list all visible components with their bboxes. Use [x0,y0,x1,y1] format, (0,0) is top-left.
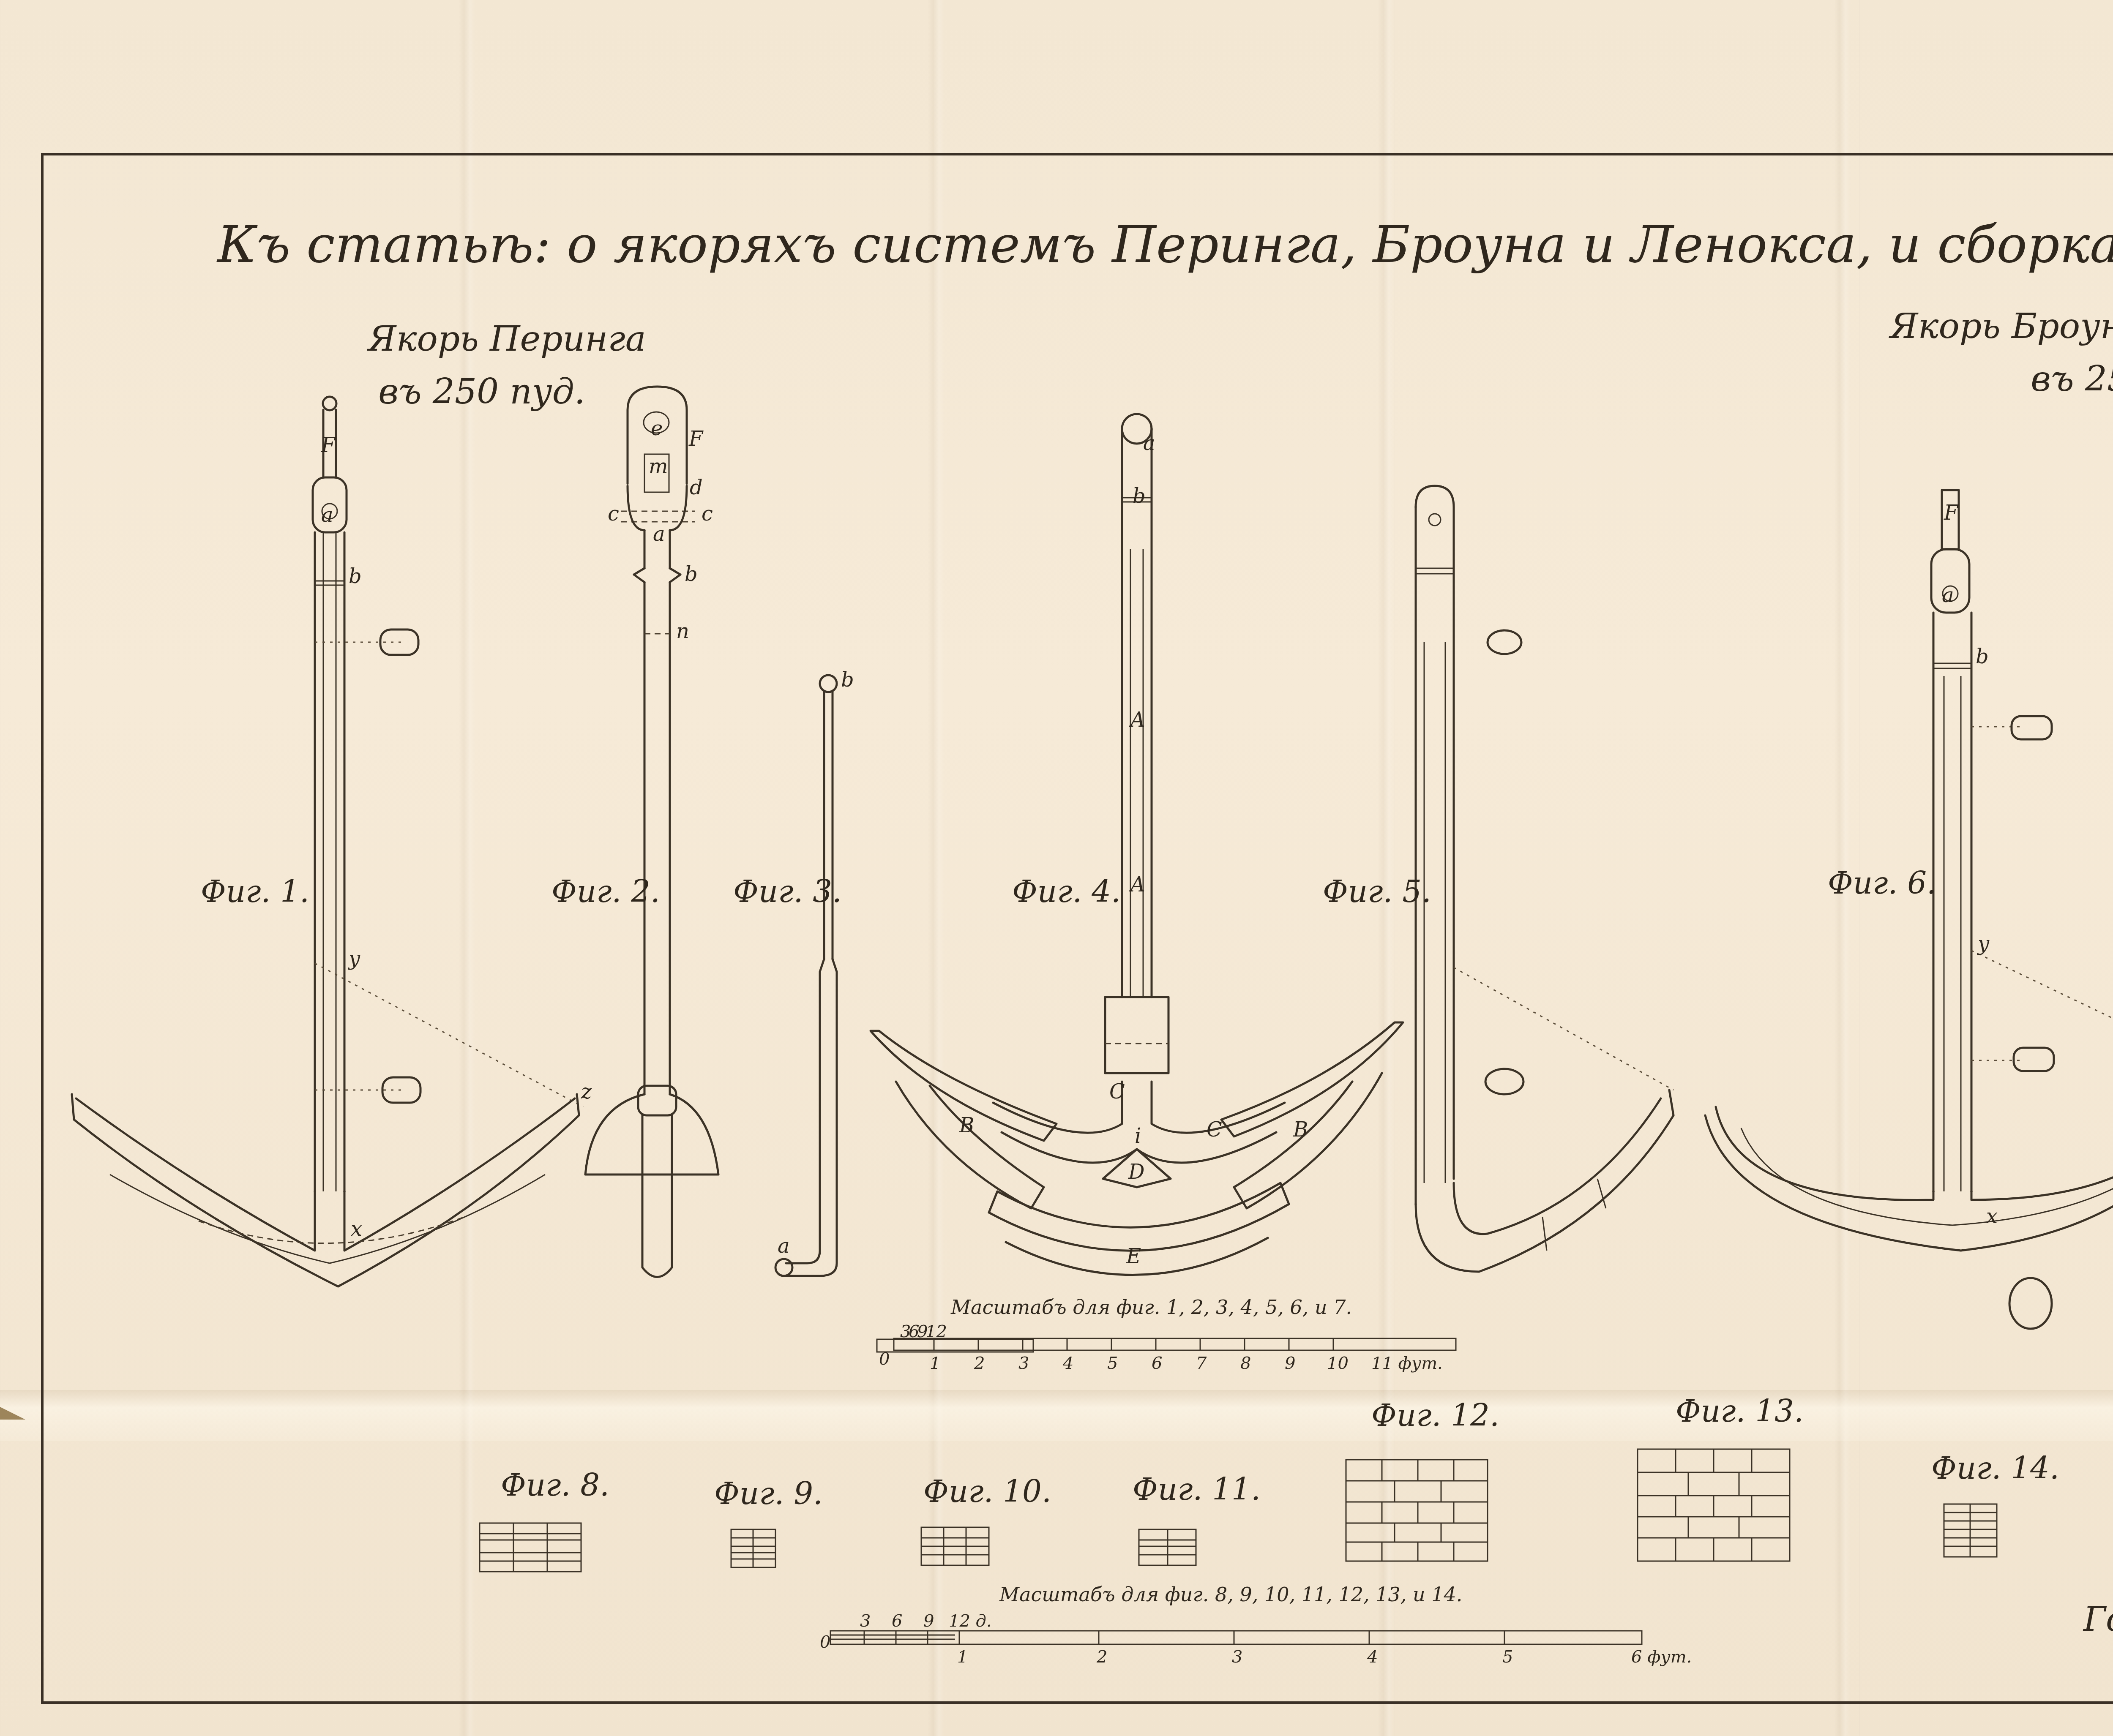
figure-13-label: Фиг. 13. [1676,1393,1804,1429]
fig4-letter-D: D [1128,1160,1144,1184]
scale-2-caption: Масштабъ для фиг. 8, 9, 10, 11, 12, 13, … [999,1583,1462,1606]
scale-1-tick: 5 [1107,1354,1118,1373]
fig4-letter-C-right: C [1207,1118,1222,1142]
fig4-letter-B-left: B [959,1114,974,1137]
figure-14-label: Фиг. 14. [1931,1450,2059,1486]
scale-1-tick: 7 [1196,1354,1207,1373]
scale-1-tick: 3 [1018,1354,1029,1373]
scale-1-end-label: 11 фут. [1371,1354,1443,1373]
fig2-letter-b: b [685,562,698,586]
figure-4-exploded-anchor: a b A A C B C B i D E Фиг. 4. [871,414,1403,1275]
scale-2-sub-6: 6 [892,1611,902,1631]
figure-1-label: Фиг. 1. [201,874,309,909]
scale-2-tick: 3 [1232,1647,1242,1667]
fig4-letter-E: E [1126,1245,1141,1268]
journal-reference: Гор. Жур. 1850 г. № 3. [2083,1600,2113,1639]
fig1-letter-b: b [349,564,362,588]
scale-1-tick: 10 [1327,1354,1349,1373]
scale-2-tick: 1 [957,1647,968,1667]
fig4-letter-B-right: B [1293,1118,1308,1142]
figure-2-label: Фиг. 2. [551,874,660,909]
figure-6-anchor: F a b y z x Фиг. 6. [1705,490,2113,1329]
scale-1-origin: 0 [879,1349,890,1369]
figure-14-masonry: Фиг. 14. [1931,1450,2059,1557]
scale-2-origin: 0 [820,1632,830,1652]
fig2-letter-n: n [676,619,689,643]
scale-1-sub-12: 12 [925,1322,947,1341]
fig2-letter-c-left: c [608,502,619,526]
figure-3-stock: b a Фиг. 3. [733,668,854,1276]
engraved-plate: Чер. I. Къ статьѣ: о якоряхъ системъ Пер… [0,0,2113,1736]
fig1-letter-y: y [348,947,360,970]
scale-1-tick: 6 [1152,1354,1162,1373]
figure-6-label: Фиг. 6. [1828,865,1936,901]
figure-4-label: Фиг. 4. [1012,874,1121,909]
scale-2-end-label: 6 фут. [1631,1647,1692,1667]
figure-10-label: Фиг. 10. [923,1474,1051,1509]
right-section-heading: Якорь Броуна и Ленокса. [1889,306,2113,346]
figure-5-anchor-section: Фиг. 5. [1323,486,1673,1272]
figure-12-masonry: Фиг. 12. [1346,1398,1499,1561]
fig6-letter-a: a [1942,583,1954,607]
fig4-letter-b: b [1133,484,1146,508]
fig6-letter-b: b [1976,645,1989,668]
scale-bar-figs-8-14: Масштабъ для фиг. 8, 9, 10, 11, 12, 13, … [820,1583,1692,1667]
plate-title: Къ статьѣ: о якоряхъ системъ Перинга, Бр… [216,215,2113,274]
left-section-weight: въ 250 пуд. [378,372,585,412]
fig4-letter-i: i [1135,1124,1141,1148]
figure-11-label: Фиг. 11. [1133,1472,1261,1507]
figure-12-label: Фиг. 12. [1371,1398,1499,1433]
fig6-letter-x: x [1986,1205,1998,1228]
fig1-letter-z: z [581,1080,592,1104]
fig3-letter-b: b [841,668,854,692]
figure-10-masonry: Фиг. 10. [921,1474,1051,1565]
left-section-heading: Якорь Перинга [367,319,646,359]
scale-2-sub-3: 3 [860,1611,871,1631]
scale-2-tick: 4 [1367,1647,1378,1667]
figure-9-masonry: Фиг. 9. [714,1476,823,1567]
plate-border [42,154,2113,1703]
scale-2-sub-9: 9 [923,1611,934,1631]
fig3-letter-a: a [778,1234,790,1258]
fig1-letter-F: F [321,433,336,457]
scale-bar-figs-1-7: Масштабъ для фиг. 1, 2, 3, 4, 5, 6, и 7.… [877,1296,1456,1373]
fig2-letter-d: d [690,476,703,499]
fig2-letter-a: a [653,522,665,546]
fig4-letter-A-lower: A [1129,873,1145,897]
scale-1-tick: 1 [930,1354,940,1373]
scale-1-tick: 9 [1285,1354,1295,1373]
scale-2-tick: 2 [1096,1647,1107,1667]
scale-1-caption: Масштабъ для фиг. 1, 2, 3, 4, 5, 6, и 7. [950,1296,1352,1319]
figure-11-masonry: Фиг. 11. [1133,1472,1261,1565]
scale-1-tick: 8 [1240,1354,1251,1373]
figure-5-label: Фиг. 5. [1323,874,1431,909]
figure-8-label: Фиг. 8. [501,1467,609,1503]
figure-13-masonry: Фиг. 13. [1638,1393,1804,1561]
figure-2-anchor-front: e m F d c c a b n Фиг. 2. [551,387,718,1277]
scale-2-tick: 5 [1502,1647,1513,1667]
figure-8-masonry: Фиг. 8. [480,1467,609,1572]
fig4-letter-a: a [1143,431,1155,455]
fig2-letter-e: e [651,417,663,440]
fig6-letter-F: F [1944,501,1959,525]
figure-3-label: Фиг. 3. [733,874,842,909]
figure-9-label: Фиг. 9. [714,1476,823,1511]
scale-2-sub-12: 12 д. [949,1611,992,1631]
fig4-letter-A-upper: A [1129,708,1145,732]
fig4-letter-C-left: C [1109,1080,1125,1104]
fig2-letter-F: F [688,427,704,451]
fig1-letter-a: a [321,503,333,527]
scale-1-tick: 2 [974,1354,985,1373]
figure-1-anchor: F a b y z x Фиг. 1. [72,397,592,1286]
fig1-letter-x: x [351,1217,362,1241]
fig2-letter-m: m [649,455,668,478]
fig2-letter-c-right: c [702,502,713,526]
fig6-letter-y: y [1977,932,1990,956]
right-section-weight: въ 250 пуд. [2031,359,2113,399]
scale-1-tick: 4 [1062,1354,1073,1373]
